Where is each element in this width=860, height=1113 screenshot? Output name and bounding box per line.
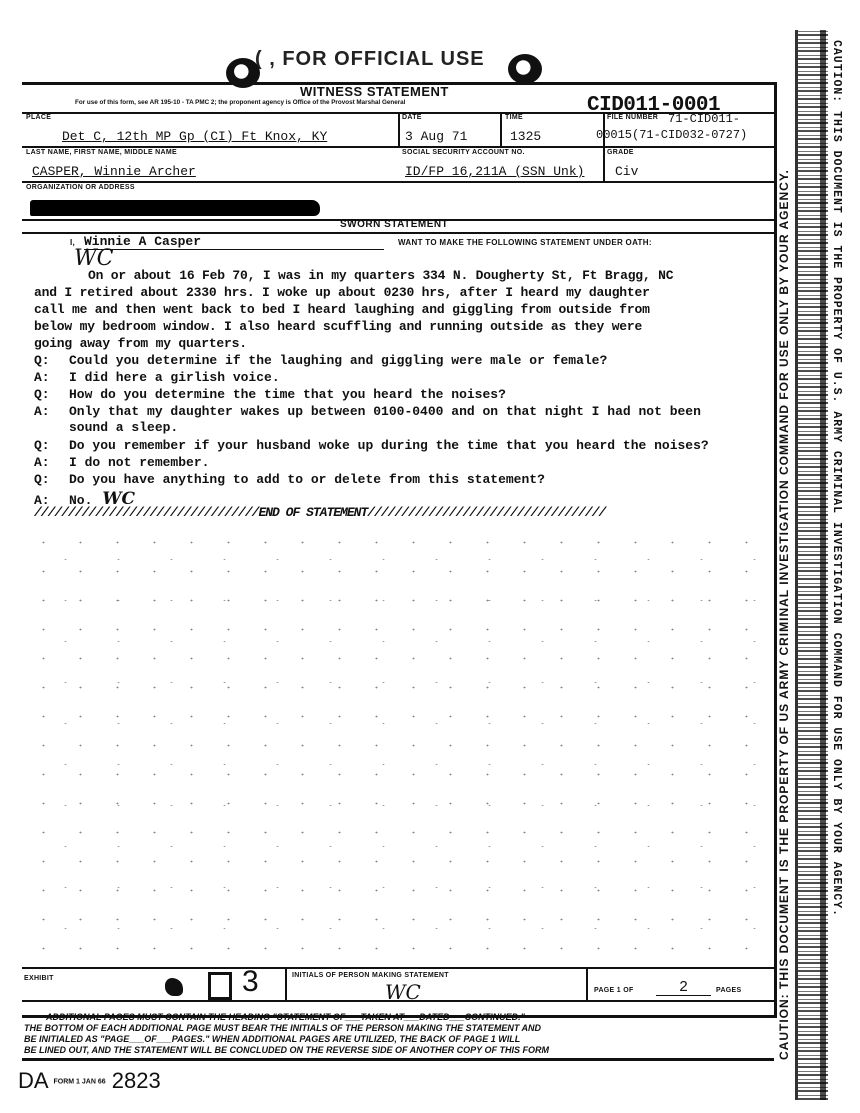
time-value: 1325 (510, 129, 541, 144)
date-label: DATE (402, 114, 422, 121)
form-id-small: FORM 1 JAN 66 (53, 1079, 105, 1086)
divider (22, 146, 774, 148)
grade-label: GRADE (607, 149, 634, 156)
qa-line: Q:Do you have anything to add to or dele… (34, 472, 545, 487)
qa-tag: A: (34, 370, 69, 385)
place-value: Det C, 12th MP Gp (CI) Ft Knox, KY (62, 129, 327, 144)
stamp-blot (165, 978, 183, 996)
divider (285, 967, 287, 1000)
seal-icon-right (508, 54, 542, 84)
initials-value: WC (385, 980, 421, 1004)
form-subtitle: For use of this form, see AR 195-10 - TA… (75, 99, 405, 106)
qa-tag: Q: (34, 387, 69, 402)
qa-text: Do you have anything to add to or delete… (69, 472, 545, 487)
exhibit-label: EXHIBIT (24, 975, 54, 982)
caution-banner-inner: CAUTION: THIS DOCUMENT IS THE PROPERTY O… (777, 40, 791, 1060)
divider (603, 112, 605, 181)
footer-line: ADDITIONAL PAGES MUST CONTAIN THE HEADIN… (24, 1012, 774, 1023)
exhibit-number: 3 (242, 965, 259, 999)
time-label: TIME (505, 114, 523, 121)
narrative-line: going away from my quarters. (34, 336, 247, 351)
end-of-statement: /////////////////////////////////END OF … (34, 505, 605, 520)
qa-line: A:Only that my daughter wakes up between… (34, 404, 701, 419)
page-total: 2 (656, 978, 711, 996)
form-title: WITNESS STATEMENT (300, 84, 449, 99)
narrative-line: On or about 16 Feb 70, I was in my quart… (88, 268, 673, 283)
grade-value: Civ (615, 164, 638, 179)
scan-edge-texture (820, 30, 826, 1100)
qa-text: Do you remember if your husband woke up … (69, 438, 709, 453)
qa-tag: Q: (34, 353, 69, 368)
narrative-line: below my bedroom window. I also heard sc… (34, 319, 642, 334)
oath-text: WANT TO MAKE THE FOLLOWING STATEMENT UND… (398, 238, 652, 247)
header-stamp: ( , FOR OFFICIAL USE (255, 48, 485, 71)
qa-line: Q:Could you determine if the laughing an… (34, 353, 607, 368)
narrative-line: and I retired about 2330 hrs. I woke up … (34, 285, 650, 300)
divider (22, 967, 774, 969)
sworn-statement-title: SWORN STATEMENT (340, 219, 448, 230)
footer-line: BE INITIALED AS "PAGE___OF___PAGES." WHE… (24, 1034, 774, 1045)
qa-tag: A: (34, 455, 69, 470)
footer-line: BE LINED OUT, AND THE STATEMENT WILL BE … (24, 1045, 774, 1056)
scan-noise (20, 525, 770, 955)
ssn-value: ID/FP 16,211A (SSN Unk) (405, 164, 584, 179)
initials-label: INITIALS OF PERSON MAKING STATEMENT (292, 972, 449, 979)
divider (398, 112, 400, 146)
file-number-label: FILE NUMBER (607, 114, 658, 121)
qa-line: A:I did here a girlish voice. (34, 370, 280, 385)
place-label: PLACE (26, 114, 51, 121)
qa-text: Only that my daughter wakes up between 0… (69, 404, 701, 419)
qa-text: I do not remember. (69, 455, 209, 470)
divider (586, 967, 588, 1000)
caution-banner-outer: CAUTION: THIS DOCUMENT IS THE PROPERTY O… (830, 40, 843, 1090)
form-id: DA FORM 1 JAN 66 2823 (18, 1068, 161, 1094)
qa-text: sound a sleep. (69, 420, 178, 435)
qa-tag: A: (34, 404, 69, 419)
qa-line: A:I do not remember. (34, 455, 209, 470)
name-value: CASPER, Winnie Archer (32, 164, 196, 179)
qa-line: Q:Do you remember if your husband woke u… (34, 438, 709, 453)
org-label: ORGANIZATION OR ADDRESS (26, 184, 135, 191)
divider (22, 1058, 774, 1061)
file-number-value-2: 00015(71-CID032-0727) (596, 128, 747, 142)
narrative-line: call me and then went back to bed I hear… (34, 302, 650, 317)
ssn-label: SOCIAL SECURITY ACCOUNT NO. (402, 149, 525, 156)
footer-instructions: ADDITIONAL PAGES MUST CONTAIN THE HEADIN… (24, 1012, 774, 1056)
pages-label: PAGES (716, 987, 742, 994)
footer-line: THE BOTTOM OF EACH ADDITIONAL PAGE MUST … (24, 1023, 774, 1034)
form-id-number: 2823 (112, 1068, 161, 1093)
name-label: LAST NAME, FIRST NAME, MIDDLE NAME (26, 149, 177, 156)
date-value: 3 Aug 71 (405, 129, 467, 144)
qa-text: I did here a girlish voice. (69, 370, 280, 385)
form-id-prefix: DA (18, 1068, 47, 1093)
qa-text: Could you determine if the laughing and … (69, 353, 607, 368)
qa-line: Q:How do you determine the time that you… (34, 387, 506, 402)
qa-line: sound a sleep. (34, 420, 178, 435)
qa-tag: Q: (34, 472, 69, 487)
declarant-name: Winnie A Casper (84, 234, 384, 250)
file-number-value-1: 71-CID011- (668, 112, 740, 126)
qa-tag: Q: (34, 438, 69, 453)
page-label: PAGE 1 OF (594, 987, 634, 994)
qa-text: How do you determine the time that you h… (69, 387, 506, 402)
divider (500, 112, 502, 146)
divider (22, 181, 774, 183)
exhibit-box-icon (208, 972, 232, 1000)
redaction-bar (30, 200, 320, 216)
